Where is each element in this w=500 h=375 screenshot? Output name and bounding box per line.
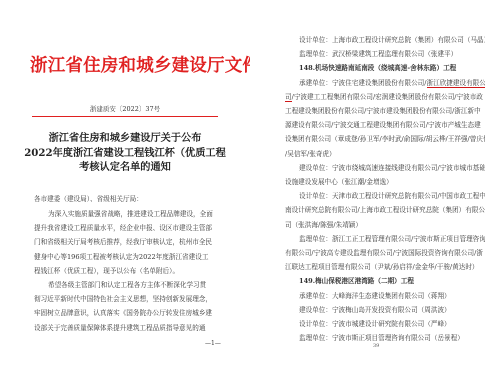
highlighted-company: 浙江欣捷建设有限公 — [427, 79, 485, 88]
title-line: 2022年度浙江省建设工程钱江杯（优质工程 — [0, 146, 250, 161]
project-title: 148.机场快速路南延南段（绕城高速-舍林东路）工程 — [285, 61, 485, 75]
body-line: 程钱江杯（优质工程），现予以公布（名单附后）。 — [34, 264, 222, 278]
page-number: 39 — [373, 343, 379, 349]
award-list: 设计单位：上海市政工程设计研究总院（集团）有限公司（马晶） 监理单位：武汉桥梁建… — [285, 33, 485, 345]
body-line: 牢固树立品牌意识，认真落实《国务院办公厅转发住房城乡建 — [34, 306, 222, 320]
list-line: 建设单位：宁波市绕城高速连接线建设有限公司/宁波市城市基础 — [285, 161, 485, 175]
body-line: 为深入实施质量强省战略，推进建设工程品牌建设，全面 — [34, 207, 222, 221]
page-number: —1— — [205, 340, 221, 347]
list-line: 司/宁波建工工程集团有限公司/宏润建设集团股份有限公司/宁波市政 — [285, 90, 485, 104]
list-line: 源建设有限公司/宁波交通工程建设集团有限公司/宁波市产城生态建 — [285, 118, 485, 132]
body-line: 设部关于完善质量保障体系提升建筑工程品质指导意见的通 — [34, 321, 222, 335]
highlighted-company: 司 — [285, 93, 292, 102]
left-page: 浙江省住房和城乡建设厅文件 浙建质安〔2022〕37号 浙江省住房和城乡建设厅关… — [0, 0, 250, 375]
title-line: 考核认定名单的通知 — [0, 160, 250, 175]
list-line: /吴信军/张奇虎） — [285, 147, 485, 161]
list-line: 设集团有限公司（章成登/孙卫军/李时武/俞国际/胡云桦/王祥强/曾庆伟 — [285, 132, 485, 146]
list-line: 监理单位：武汉桥梁建筑工程监理有限公司（张建平） — [285, 47, 485, 61]
list-line: 司（张洪海/陈强/朱靖颖） — [285, 218, 485, 232]
list-line: 承建单位：宁波住宅建设集团股份有限公司/浙江欣捷建设有限公 — [285, 76, 485, 90]
right-page: 设计单位：上海市政工程设计研究总院（集团）有限公司（马晶） 监理单位：武汉桥梁建… — [250, 0, 500, 375]
document-header: 浙江省住房和城乡建设厅文件 — [30, 52, 225, 77]
list-line: 江联达工程项目管理有限公司（尹斌/孙启祥/金金华/干骏/黄达时） — [285, 260, 485, 274]
list-line: 南设计研究总院有限公司/上海市政工程设计研究总院（集团）有限公 — [285, 203, 485, 217]
text-segment: 承建单位：宁波住宅建设集团股份有限公司/ — [299, 79, 427, 87]
body-line: 希望各级主管部门和认定工程各方主体不断深化学习贯 — [34, 278, 222, 292]
list-line: 工程建设集团股份有限公司/宁波市建设集团股份有限公司/浙江新中 — [285, 104, 485, 118]
project-title: 149.梅山保税港区港湾路（二期）工程 — [285, 274, 485, 288]
list-line: 监理单位：宁波市斯正项目管理咨询有限公司（岳景程） — [285, 331, 485, 345]
salutation: 各市建委（建设局）、省级相关厅局： — [34, 192, 222, 206]
body-line: 提升我省建设工程质量水平，经企业申报、设区市建设主管部 — [34, 221, 222, 235]
list-line: 监理单位：浙江工正工程管理有限公司/宁波市斯正项目管理咨询 — [285, 232, 485, 246]
list-line: 设计单位：宁波市城建设计研究院有限公司（严峰） — [285, 317, 485, 331]
list-line: 设计单位：天津市政工程设计研究总院有限公司/中国市政工程中 — [285, 189, 485, 203]
body-line: 门和省级相关厅局考核后推荐，经我厅审核认定，杭州市全民 — [34, 235, 222, 249]
list-line: 建设单位：宁波梅山岛开发投资有限公司（周洪波） — [285, 303, 485, 317]
red-divider — [32, 116, 218, 117]
body-line: 健身中心等196项工程被考核认定为2022年度浙江省建设工 — [34, 250, 222, 264]
text-segment: /宁波建工工程集团有限公司/宏润建设集团股份有限公司/宁波市政 — [292, 93, 483, 101]
title-line: 浙江省住房和城乡建设厅关于公布 — [0, 131, 250, 146]
list-line: 设施建设发展中心（张江潮/金增逸） — [285, 175, 485, 189]
document-number: 浙建质安〔2022〕37号 — [0, 104, 250, 113]
notice-body: 为深入实施质量强省战略，推进建设工程品牌建设，全面 提升我省建设工程质量水平，经… — [34, 207, 222, 335]
list-line: 设计单位：上海市政工程设计研究总院（集团）有限公司（马晶） — [285, 33, 485, 47]
list-line: 承建单位：大峰海洋生态建设集团有限公司（蒋翔） — [285, 289, 485, 303]
body-line: 彻习近平新时代中国特色社会主义思想，坚持创新发展理念， — [34, 292, 222, 306]
list-line: 有限公司/宁波高专建设监理有限公司/宁波国际投资咨询有限公司/浙 — [285, 246, 485, 260]
notice-title: 浙江省住房和城乡建设厅关于公布 2022年度浙江省建设工程钱江杯（优质工程 考核… — [0, 131, 250, 175]
